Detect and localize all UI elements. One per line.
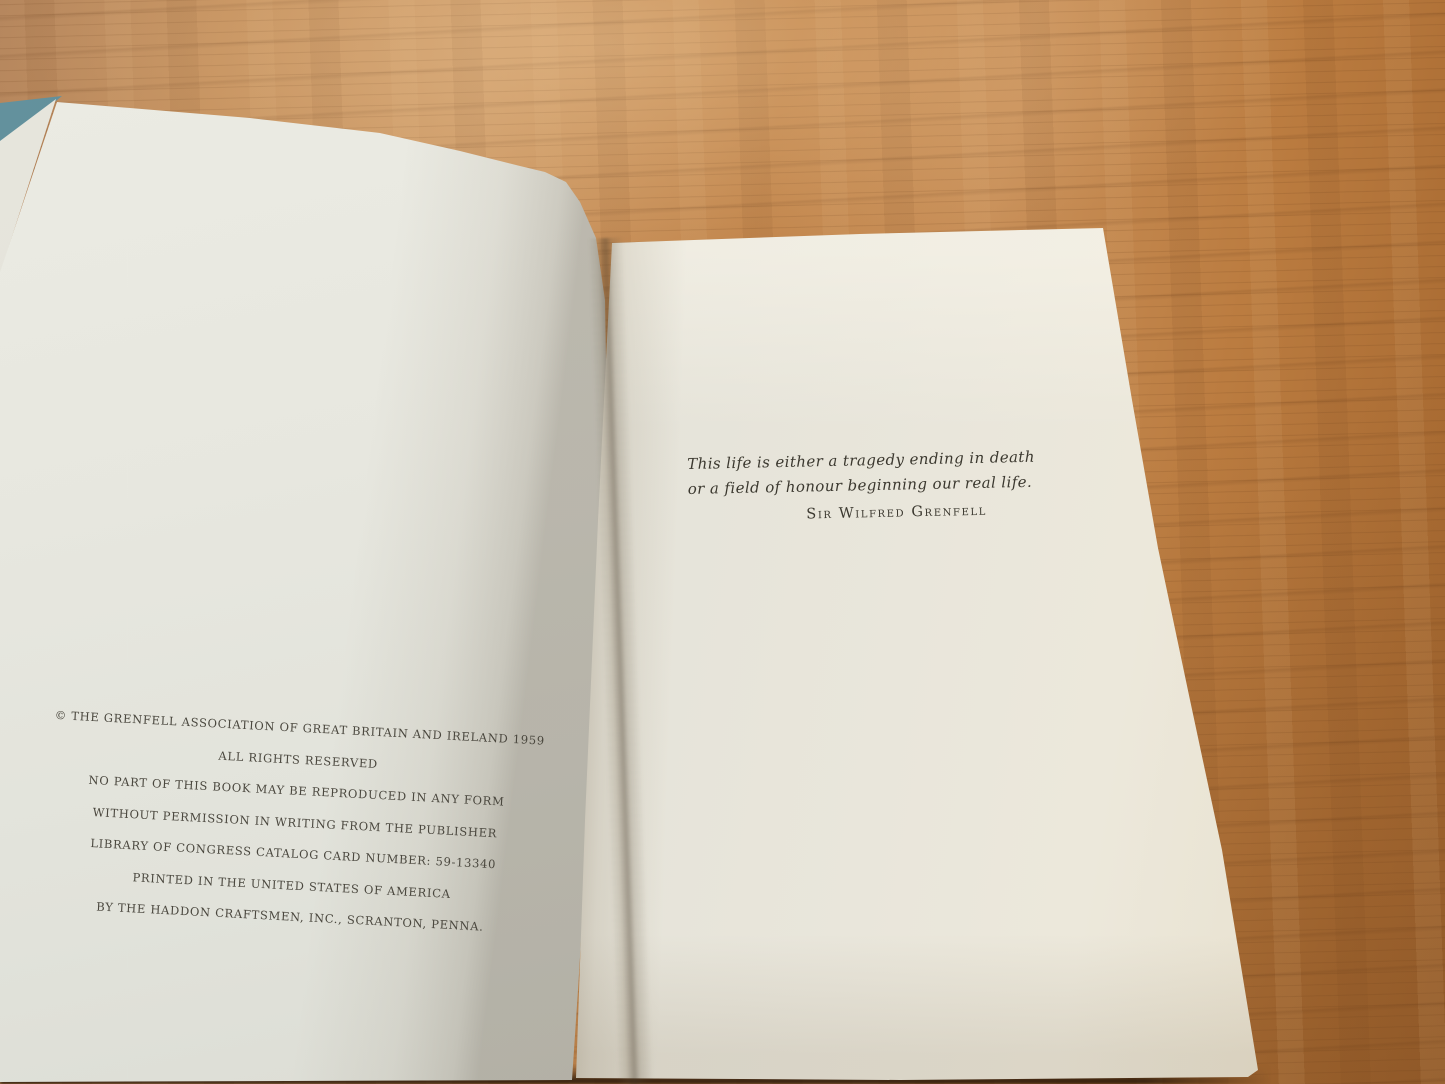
copyright-block: © THE GRENFELL ASSOCIATION OF GREAT BRIT… (43, 700, 546, 946)
epigraph-block: This life is either a tragedy ending in … (687, 445, 1001, 529)
book-photo: © THE GRENFELL ASSOCIATION OF GREAT BRIT… (0, 0, 1445, 1084)
